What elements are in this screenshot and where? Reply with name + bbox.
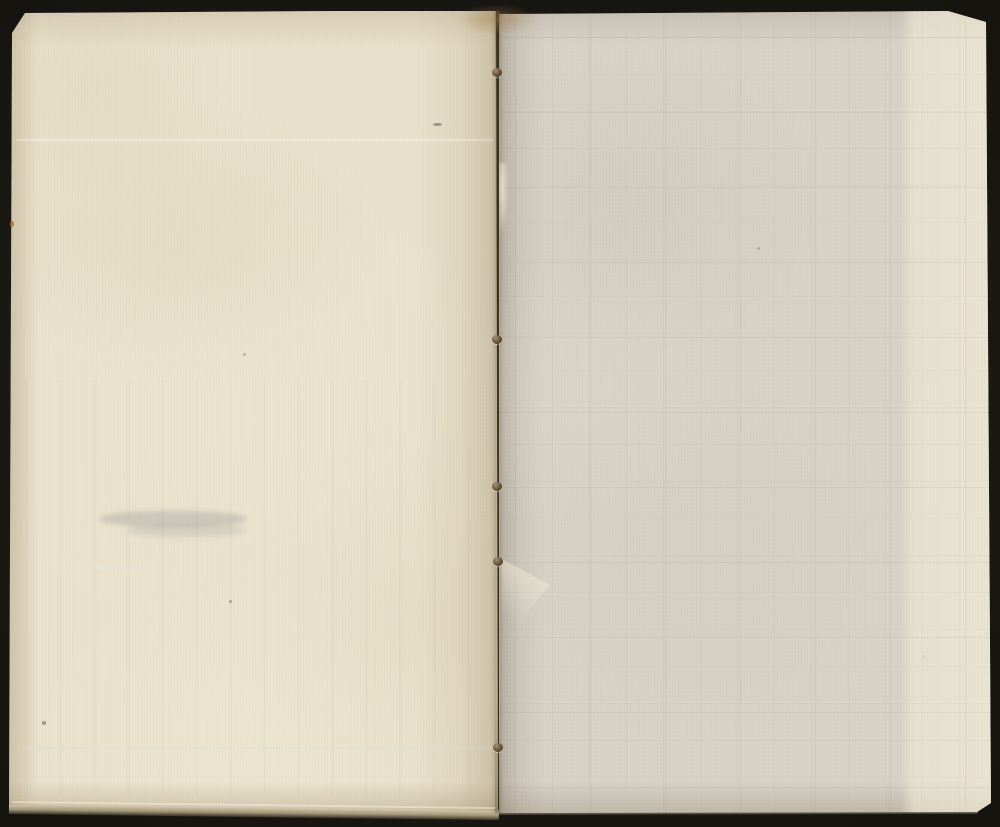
paper-speck bbox=[229, 600, 232, 603]
paper-speck bbox=[42, 721, 46, 725]
paper-speck bbox=[433, 123, 442, 126]
left-page-crease-line-upper bbox=[16, 139, 494, 141]
paper-speck bbox=[921, 655, 926, 659]
left-page-smudge-ring bbox=[60, 518, 174, 571]
gutter-stain bbox=[500, 558, 550, 642]
left-page-crease-line-lower bbox=[18, 747, 494, 749]
stitch-thread bbox=[492, 68, 502, 77]
stitch-thread bbox=[493, 557, 503, 566]
left-page-bleedthrough bbox=[25, 380, 490, 795]
paper-speck bbox=[243, 353, 246, 356]
paper-speck bbox=[757, 247, 760, 250]
binding-gutter bbox=[495, 11, 500, 813]
stitch-thread bbox=[493, 743, 503, 752]
right-page-grid-bleedthrough bbox=[499, 11, 992, 814]
paper-speck bbox=[10, 221, 14, 227]
stitch-thread bbox=[492, 335, 502, 344]
stitch-thread bbox=[492, 482, 502, 491]
manuscript-photo bbox=[0, 0, 1000, 827]
